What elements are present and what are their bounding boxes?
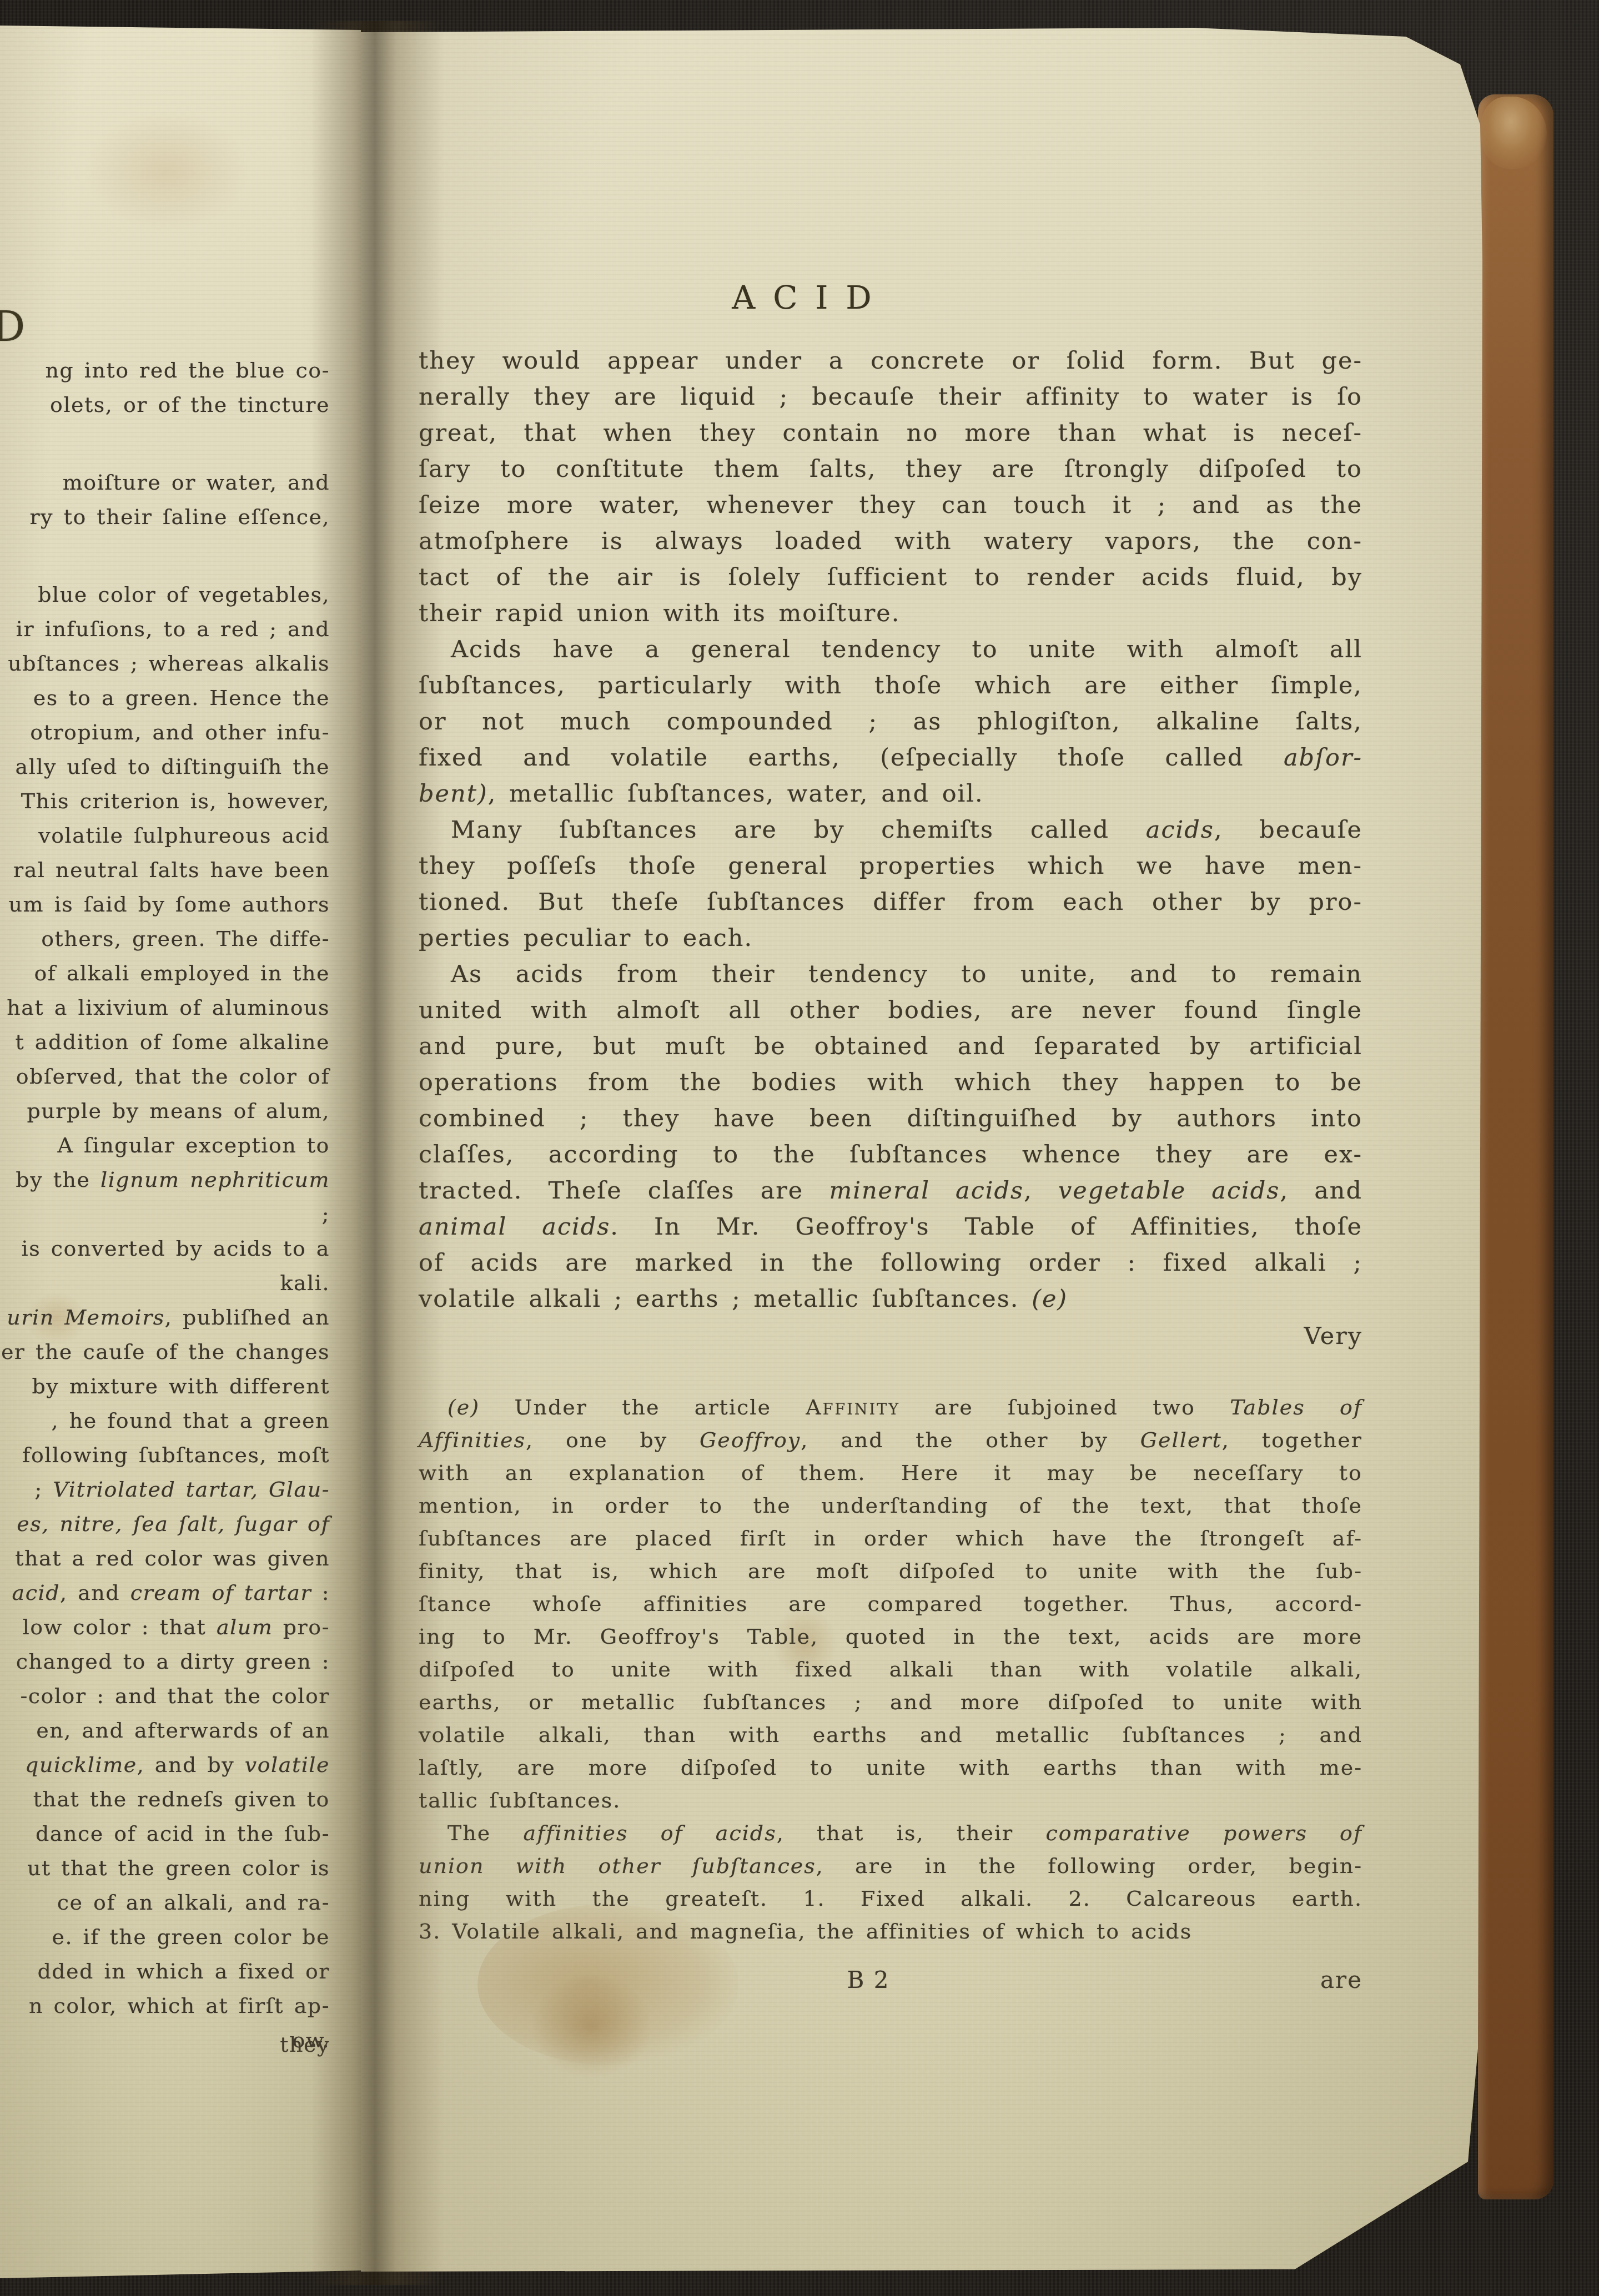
text-segment: ſeize more water, whenever they can touc… xyxy=(419,491,1362,519)
text-line: hat a lixivium of aluminous xyxy=(0,990,330,1025)
text-segment: great, that when they contain no more th… xyxy=(419,419,1362,447)
left-running-head-fragment: D xyxy=(0,303,25,351)
text-segment: , one by xyxy=(526,1428,700,1452)
text-segment: perties peculiar to each. xyxy=(419,924,753,952)
text-line: low color : that alum pro- xyxy=(0,1610,330,1644)
text-line: finity, that is, which are moſt diſpoſed… xyxy=(419,1555,1362,1588)
text-line: that a red color was given xyxy=(0,1541,330,1575)
text-line: ut that the green color is xyxy=(0,1851,330,1885)
text-segment: Vitriolated tartar, Glau- xyxy=(53,1477,330,1502)
text-segment: they poſſeſs thoſe general properties wh… xyxy=(419,852,1362,880)
text-segment: volatile xyxy=(245,1753,330,1777)
text-line: that the redneſs given to xyxy=(0,1782,330,1816)
text-segment: with an explanation of them. Here it may… xyxy=(419,1461,1362,1485)
text-segment: Tables of xyxy=(1230,1395,1362,1419)
text-segment: volatile alkali, than with earths and me… xyxy=(419,1723,1362,1747)
text-segment: volatile ſulphureous acid xyxy=(38,823,330,848)
text-line: volatile alkali ; earths ; metallic ſubſ… xyxy=(419,1281,1362,1317)
text-segment: ſary to conſtitute them ſalts, they are … xyxy=(419,455,1362,483)
text-segment: This criterion is, however, xyxy=(21,789,330,813)
catchword: they xyxy=(0,2027,330,2062)
text-line: dance of acid in the ſub- xyxy=(0,1816,330,1851)
text-segment: kali. xyxy=(280,1271,330,1295)
text-line: following ſubſtances, moſt xyxy=(0,1438,330,1472)
text-line: es, nitre, ſea ſalt, ſugar of xyxy=(0,1507,330,1541)
text-line: with an explanation of them. Here it may… xyxy=(419,1457,1362,1489)
text-segment: finity, that is, which are moſt diſpoſed… xyxy=(419,1559,1362,1583)
text-segment: tallic ſubſtances. xyxy=(419,1788,621,1812)
text-line: t addition of ſome alkaline xyxy=(0,1025,330,1059)
text-segment: fixed and volatile earths, (eſpecially t… xyxy=(419,744,1284,772)
text-line: changed to a dirty green : xyxy=(0,1644,330,1679)
text-segment: laſtly, are more diſpoſed to unite with … xyxy=(419,1755,1362,1780)
text-segment: -color : and that the color xyxy=(20,1684,330,1708)
text-segment: dance of acid in the ſub- xyxy=(36,1821,330,1846)
left-page-lines: ng into red the blue co-olets, or of the… xyxy=(0,353,330,2057)
text-segment: affinities of acids xyxy=(524,1821,777,1845)
text-segment: Under the article xyxy=(480,1395,806,1419)
text-segment: ubſtances ; whereas alkalis xyxy=(8,651,330,676)
text-segment: tact of the air is ſolely ſufficient to … xyxy=(419,563,1362,591)
text-line: their rapid union with its moiſture. xyxy=(419,596,1362,632)
text-segment: that the redneſs given to xyxy=(33,1787,330,1811)
text-segment: ; xyxy=(322,1202,330,1226)
text-line: ally uſed to diſtinguiſh the xyxy=(0,749,330,784)
text-line: Acids have a general tendency to unite w… xyxy=(419,632,1362,668)
text-line: others, green. The diffe- xyxy=(0,922,330,956)
text-segment: A ſingular exception to xyxy=(57,1133,330,1157)
text-line: of acids are marked in the following ord… xyxy=(419,1245,1362,1281)
text-segment: ſubſtances, particularly with thoſe whic… xyxy=(419,672,1362,699)
text-line: ſubſtances are placed firſt in order whi… xyxy=(419,1522,1362,1555)
text-segment: united with almoſt all other bodies, are… xyxy=(419,996,1362,1024)
text-line: earths, or metallic ſubſtances ; and mor… xyxy=(419,1686,1362,1719)
text-line: volatile ſulphureous acid xyxy=(0,818,330,853)
text-line: combined ; they have been diſtinguiſhed … xyxy=(419,1101,1362,1137)
text-line: diſpoſed to unite with fixed alkali than… xyxy=(419,1653,1362,1686)
text-line: is converted by acids to a xyxy=(0,1231,330,1266)
text-line: , he found that a green xyxy=(0,1403,330,1438)
text-segment: low color : that xyxy=(23,1615,217,1639)
text-segment: ally uſed to diſtinguiſh the xyxy=(16,754,330,779)
text-segment: , metallic ſubſtances, water, and oil. xyxy=(488,780,984,808)
text-line: er the cauſe of the changes xyxy=(0,1335,330,1369)
text-line: ng into red the blue co- xyxy=(0,353,330,387)
text-segment: by mixture with different xyxy=(32,1374,330,1398)
text-segment: that a red color was given xyxy=(15,1546,330,1570)
text-line: ce of an alkali, and ra- xyxy=(0,1885,330,1920)
text-segment: es to a green. Hence the xyxy=(33,686,330,710)
text-line: and pure, but muſt be obtained and ſepar… xyxy=(419,1029,1362,1065)
text-segment: quicklime xyxy=(25,1753,137,1777)
text-segment: pro- xyxy=(273,1615,330,1639)
text-line: by the lignum nephriticum ; xyxy=(0,1162,330,1231)
text-line: es to a green. Hence the xyxy=(0,681,330,715)
text-segment: 3. Volatile alkali, and magneſia, the af… xyxy=(419,1919,1192,1943)
text-segment: union with other ſubſtances xyxy=(419,1854,816,1878)
text-line: olets, or of the tincture xyxy=(0,387,330,422)
text-segment: tracted. Theſe claſſes are xyxy=(419,1177,829,1205)
text-line: obſerved, that the color of xyxy=(0,1059,330,1094)
text-line: atmoſphere is always loaded with watery … xyxy=(419,523,1362,560)
text-segment: , together xyxy=(1222,1428,1362,1452)
text-segment: acid xyxy=(12,1580,60,1605)
text-line: or not much compounded ; as phlogiſton, … xyxy=(419,704,1362,740)
footnote-text: (e) Under the article Affinity are ſubjo… xyxy=(419,1391,1362,1948)
text-segment: , and by xyxy=(137,1753,245,1777)
text-segment: otropium, and other infu- xyxy=(30,720,330,744)
text-segment: (e) xyxy=(1032,1285,1068,1313)
text-line: dded in which a fixed or xyxy=(0,1954,330,1988)
text-line: claſſes, according to the ſubſtances whe… xyxy=(419,1137,1362,1173)
text-segment: Many ſubſtances are by chemiſts called xyxy=(451,816,1146,844)
text-segment: obſerved, that the color of xyxy=(16,1064,330,1089)
text-segment: dded in which a fixed or xyxy=(37,1959,330,1983)
text-segment: purple by means of alum, xyxy=(27,1099,330,1123)
text-segment: Affinities xyxy=(419,1428,526,1452)
text-segment: they would appear under a concrete or ſo… xyxy=(419,347,1362,375)
text-segment: , and the other by xyxy=(801,1428,1140,1452)
text-segment: of alkali employed in the xyxy=(34,961,330,985)
text-segment: As acids from their tendency to unite, a… xyxy=(451,960,1362,988)
text-segment: , and xyxy=(60,1580,130,1605)
text-line: tioned. But theſe ſubſtances differ from… xyxy=(419,884,1362,920)
text-segment: is converted by acids to a xyxy=(22,1236,330,1261)
text-segment: animal acids xyxy=(419,1213,610,1241)
text-line: ſtance whoſe affinities are compared tog… xyxy=(419,1588,1362,1620)
text-segment: er the cauſe of the changes xyxy=(1,1340,330,1364)
text-segment: en, and afterwards of an xyxy=(36,1718,330,1743)
text-segment: nerally they are liquid ; becauſe their … xyxy=(419,383,1362,411)
text-segment: , becauſe xyxy=(1214,816,1362,844)
text-line: e. if the green color be xyxy=(0,1920,330,1954)
text-line: -color : and that the color xyxy=(0,1679,330,1713)
page-heading: ACID xyxy=(361,279,1260,316)
main-text: they would appear under a concrete or ſo… xyxy=(419,343,1362,1317)
text-line: ral neutral ſalts have been xyxy=(0,853,330,887)
catchword: are xyxy=(1320,1966,1362,1993)
text-segment: and pure, but muſt be obtained and ſepar… xyxy=(419,1033,1362,1060)
text-segment: moiſture or water, and xyxy=(63,470,330,495)
text-line: perties peculiar to each. xyxy=(419,920,1362,956)
text-segment: ng into red the blue co- xyxy=(45,358,330,382)
leather-book-edge xyxy=(1478,94,1553,2199)
text-segment: following ſubſtances, moſt xyxy=(22,1443,330,1467)
text-segment: (e) xyxy=(447,1395,480,1419)
text-line: operations from the bodies with which th… xyxy=(419,1065,1362,1101)
text-line: As acids from their tendency to unite, a… xyxy=(419,956,1362,993)
text-line: laſtly, are more diſpoſed to unite with … xyxy=(419,1751,1362,1784)
text-segment: earths, or metallic ſubſtances ; and mor… xyxy=(419,1690,1362,1714)
text-segment: Gellert xyxy=(1140,1428,1222,1452)
text-segment: , and xyxy=(1280,1177,1362,1205)
text-line: purple by means of alum, xyxy=(0,1094,330,1128)
text-line: mention, in order to the underſtanding o… xyxy=(419,1489,1362,1522)
text-segment: cream of tartar xyxy=(130,1580,311,1605)
text-line: n color, which at firſt ap- xyxy=(0,1988,330,2023)
text-segment: ral neutral ſalts have been xyxy=(13,858,330,882)
text-segment: ſtance whoſe affinities are compared tog… xyxy=(419,1592,1362,1616)
text-line: A ſingular exception to xyxy=(0,1128,330,1162)
text-segment: hat a lixivium of aluminous xyxy=(7,995,330,1020)
text-segment: lignum nephriticum xyxy=(100,1167,330,1192)
text-line: This criterion is, however, xyxy=(0,784,330,818)
text-segment: : xyxy=(311,1580,330,1605)
text-line: animal acids. In Mr. Geoffroy's Table of… xyxy=(419,1209,1362,1245)
text-line: tact of the air is ſolely ſufficient to … xyxy=(419,560,1362,596)
text-line: (e) Under the article Affinity are ſubjo… xyxy=(419,1391,1362,1424)
text-line: great, that when they contain no more th… xyxy=(419,415,1362,451)
text-line: bent), metallic ſubſtances, water, and o… xyxy=(419,776,1362,812)
text-segment: ut that the green color is xyxy=(27,1856,330,1880)
text-segment: olets, or of the tincture xyxy=(50,392,330,417)
left-page: D ng into red the blue co-olets, or of t… xyxy=(0,21,361,2285)
text-line: ubſtances ; whereas alkalis xyxy=(0,646,330,681)
text-segment: diſpoſed to unite with fixed alkali than… xyxy=(419,1657,1362,1681)
text-segment: ir infuſions, to a red ; and xyxy=(16,617,330,641)
text-segment: ing to Mr. Geoffroy's Table, quoted in t… xyxy=(419,1624,1362,1649)
text-segment: , publiſhed an xyxy=(165,1305,330,1330)
text-segment: or not much compounded ; as phlogiſton, … xyxy=(419,708,1362,736)
text-segment: comparative powers of xyxy=(1045,1821,1362,1845)
text-segment: mention, in order to the underſtanding o… xyxy=(419,1493,1362,1518)
text-segment: their rapid union with its moiſture. xyxy=(419,600,900,627)
text-line: Affinities, one by Geoffroy, and the oth… xyxy=(419,1424,1362,1457)
text-segment: , he found that a green xyxy=(52,1408,330,1433)
left-catchword-row: they xyxy=(0,2025,330,2062)
book-photo: D ng into red the blue co-olets, or of t… xyxy=(0,0,1599,2296)
text-line: union with other ſubſtances, are in the … xyxy=(419,1850,1362,1882)
text-line: ir infuſions, to a red ; and xyxy=(0,612,330,646)
text-segment: The xyxy=(447,1821,524,1845)
text-line: they would appear under a concrete or ſo… xyxy=(419,343,1362,379)
text-line: tracted. Theſe claſſes are mineral acids… xyxy=(419,1173,1362,1209)
text-segment: , are in the following order, begin- xyxy=(816,1854,1362,1878)
text-line: quicklime, and by volatile xyxy=(0,1748,330,1782)
text-segment: tioned. But theſe ſubſtances differ from… xyxy=(419,888,1362,916)
text-line: they poſſeſs thoſe general properties wh… xyxy=(419,848,1362,884)
signature-row: B 2 are xyxy=(419,1966,1362,2000)
text-segment: bent) xyxy=(419,780,488,808)
text-line: en, and afterwards of an xyxy=(0,1713,330,1748)
text-segment: ry to their ſaline eſſence, xyxy=(29,505,330,529)
text-line: ; Vitriolated tartar, Glau- xyxy=(0,1472,330,1507)
text-segment: Affinity xyxy=(806,1395,900,1419)
text-segment: by the xyxy=(16,1167,100,1192)
signature-mark: B 2 xyxy=(396,1966,1340,1993)
text-segment: ning with the greateſt. 1. Fixed alkali.… xyxy=(419,1886,1362,1911)
text-line: acid, and cream of tartar : xyxy=(0,1575,330,1610)
text-segment: Geoffroy xyxy=(700,1428,801,1452)
text-segment: Acids have a general tendency to unite w… xyxy=(451,636,1362,663)
text-segment: ce of an alkali, and ra- xyxy=(57,1890,330,1915)
text-segment: urin Memoirs xyxy=(7,1305,164,1330)
text-line: blue color of vegetables, xyxy=(0,577,330,612)
text-line: by mixture with different xyxy=(0,1369,330,1403)
text-segment: vegetable acids xyxy=(1058,1177,1280,1205)
text-segment: others, green. The diffe- xyxy=(41,927,330,951)
text-segment: changed to a dirty green : xyxy=(16,1649,330,1674)
text-segment: , xyxy=(1024,1177,1058,1205)
text-line: um is ſaid by ſome authors xyxy=(0,887,330,922)
text-line: ſary to conſtitute them ſalts, they are … xyxy=(419,451,1362,487)
text-segment: ; xyxy=(35,1477,53,1502)
text-segment: alum xyxy=(217,1615,273,1639)
text-line: fixed and volatile earths, (eſpecially t… xyxy=(419,740,1362,776)
text-segment: t addition of ſome alkaline xyxy=(16,1030,330,1054)
text-line: united with almoſt all other bodies, are… xyxy=(419,993,1362,1029)
text-segment: claſſes, according to the ſubſtances whe… xyxy=(419,1141,1362,1169)
text-line: tallic ſubſtances. xyxy=(419,1784,1362,1817)
text-segment: combined ; they have been diſtinguiſhed … xyxy=(419,1105,1362,1132)
text-segment: acids xyxy=(1146,816,1214,844)
text-line: 3. Volatile alkali, and magneſia, the af… xyxy=(419,1915,1362,1948)
text-segment: . In Mr. Geoffroy's Table of Affinities,… xyxy=(610,1213,1362,1241)
text-segment: volatile alkali ; earths ; metallic ſubſ… xyxy=(419,1285,1032,1313)
text-segment: , that is, their xyxy=(777,1821,1046,1845)
text-segment: are ſubjoined two xyxy=(900,1395,1230,1419)
text-segment: of acids are marked in the following ord… xyxy=(419,1249,1362,1277)
text-line: volatile alkali, than with earths and me… xyxy=(419,1719,1362,1751)
text-segment: um is ſaid by ſome authors xyxy=(9,892,330,917)
text-line: nerally they are liquid ; becauſe their … xyxy=(419,379,1362,415)
text-line: kali. xyxy=(0,1266,330,1300)
text-segment: atmoſphere is always loaded with watery … xyxy=(419,527,1362,555)
text-line: urin Memoirs, publiſhed an xyxy=(0,1300,330,1335)
paper-stain xyxy=(83,110,250,232)
text-segment: abſor- xyxy=(1284,744,1362,772)
text-line: moiſture or water, and xyxy=(0,465,330,500)
text-segment: es, nitre, ſea ſalt, ſugar of xyxy=(17,1512,330,1536)
text-segment: n color, which at firſt ap- xyxy=(29,1993,330,2018)
text-segment: mineral acids xyxy=(829,1177,1024,1205)
text-line: ry to their ſaline eſſence, xyxy=(0,500,330,534)
text-line: ing to Mr. Geoffroy's Table, quoted in t… xyxy=(419,1620,1362,1653)
text-segment: ſubſtances are placed firſt in order whi… xyxy=(419,1526,1362,1550)
text-line: ſubſtances, particularly with thoſe whic… xyxy=(419,668,1362,704)
text-line: otropium, and other infu- xyxy=(0,715,330,749)
catchword: Very xyxy=(419,1318,1362,1355)
text-line: ſeize more water, whenever they can touc… xyxy=(419,487,1362,523)
text-line: of alkali employed in the xyxy=(0,956,330,990)
text-line: The affinities of acids, that is, their … xyxy=(419,1817,1362,1850)
text-line: Many ſubſtances are by chemiſts called a… xyxy=(419,812,1362,848)
right-page: ACID they would appear under a concrete … xyxy=(361,28,1484,2274)
text-segment: blue color of vegetables, xyxy=(38,582,330,607)
text-segment: e. if the green color be xyxy=(52,1925,330,1949)
text-line: ning with the greateſt. 1. Fixed alkali.… xyxy=(419,1882,1362,1915)
leather-wear-patch xyxy=(1481,97,1547,169)
text-segment: operations from the bodies with which th… xyxy=(419,1069,1362,1096)
